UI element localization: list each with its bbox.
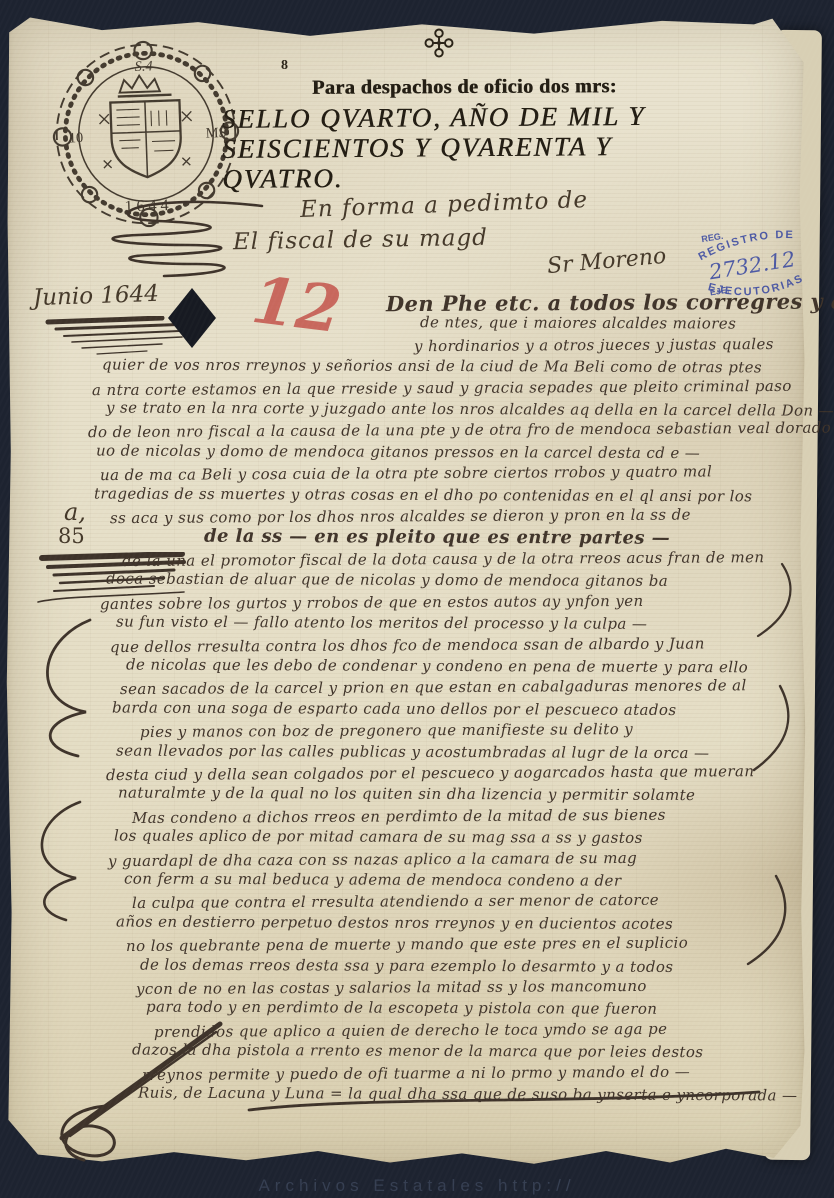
manuscript-line: de ntes, que i maiores alcaldes maiores xyxy=(420,313,794,336)
margin-letter: a, xyxy=(64,498,86,526)
manuscript-line: los quales aplico de por mitad camara de… xyxy=(114,826,794,850)
tax-rate-line: Para despachos de oficio dos mrs: xyxy=(312,75,617,100)
sello-title-line1: SELLO QVARTO, AÑO DE MIL Y xyxy=(222,100,762,134)
seal-crown xyxy=(119,75,160,93)
note-fiscal: El fiscal de su magd xyxy=(233,225,488,255)
manuscript-line: la culpa que contra el rresulta atendien… xyxy=(132,889,794,914)
closing-rule-flourish xyxy=(245,1086,765,1116)
manuscript-photo: 8 Para despachos de oficio dos mrs: SELL… xyxy=(0,0,834,1198)
flourish-right-curl-3 xyxy=(736,872,790,968)
sello-title-line3: QVATRO. xyxy=(222,160,762,194)
flourish-left-swash-1 xyxy=(28,612,98,762)
manuscript-line: sean sacados de la carcel y prion en que… xyxy=(120,675,794,701)
manuscript-line: Den Phe etc. a todos los corregres y a l… xyxy=(386,291,794,315)
manuscript-line: pies y manos con boz de pregonero que ma… xyxy=(140,718,794,743)
printers-cross-ornament-icon xyxy=(424,26,454,60)
flourish-left-swash-2 xyxy=(22,796,88,926)
flourish-right-curl-2 xyxy=(748,560,796,640)
manuscript-line: quier de vos nros rreynos y señorios ans… xyxy=(102,355,794,379)
manuscript-body: Den Phe etc. a todos los corregres y a l… xyxy=(88,292,794,1105)
sello-title-line2: SEISCIENTOS Y QVARENTA Y xyxy=(222,130,762,164)
seal-top-label: S.4 xyxy=(134,58,153,75)
margin-number: 85 xyxy=(58,524,85,548)
flourish-left-swash-3 xyxy=(40,1018,230,1168)
archive-watermark: Archivos Estatales http:// xyxy=(0,1176,834,1196)
seal-right-label: MS xyxy=(205,125,226,142)
sello-title: SELLO QVARTO, AÑO DE MIL Y SEISCIENTOS Y… xyxy=(222,100,763,194)
seal-left-label: 10 xyxy=(69,130,84,146)
manuscript-line: no los quebrante pena de muerte y mando … xyxy=(126,932,794,957)
manuscript-line: y hordinarios y a otros jueces y justas … xyxy=(414,334,794,358)
signature-mark: 8 xyxy=(281,58,288,74)
manuscript-line: naturalmte y de la qual no los quiten si… xyxy=(118,783,794,807)
flourish-right-curl-1 xyxy=(742,682,794,774)
manuscript-line: para todo y en perdimto de la escopeta y… xyxy=(146,997,794,1021)
manuscript-line: su fun visto el — fallo atento los merit… xyxy=(116,612,794,636)
manuscript-line: dazos la dha pistola a rrento es menor d… xyxy=(132,1040,794,1064)
manuscript-line: ua de ma ca Beli y cosa cuia de la otra … xyxy=(100,461,794,487)
